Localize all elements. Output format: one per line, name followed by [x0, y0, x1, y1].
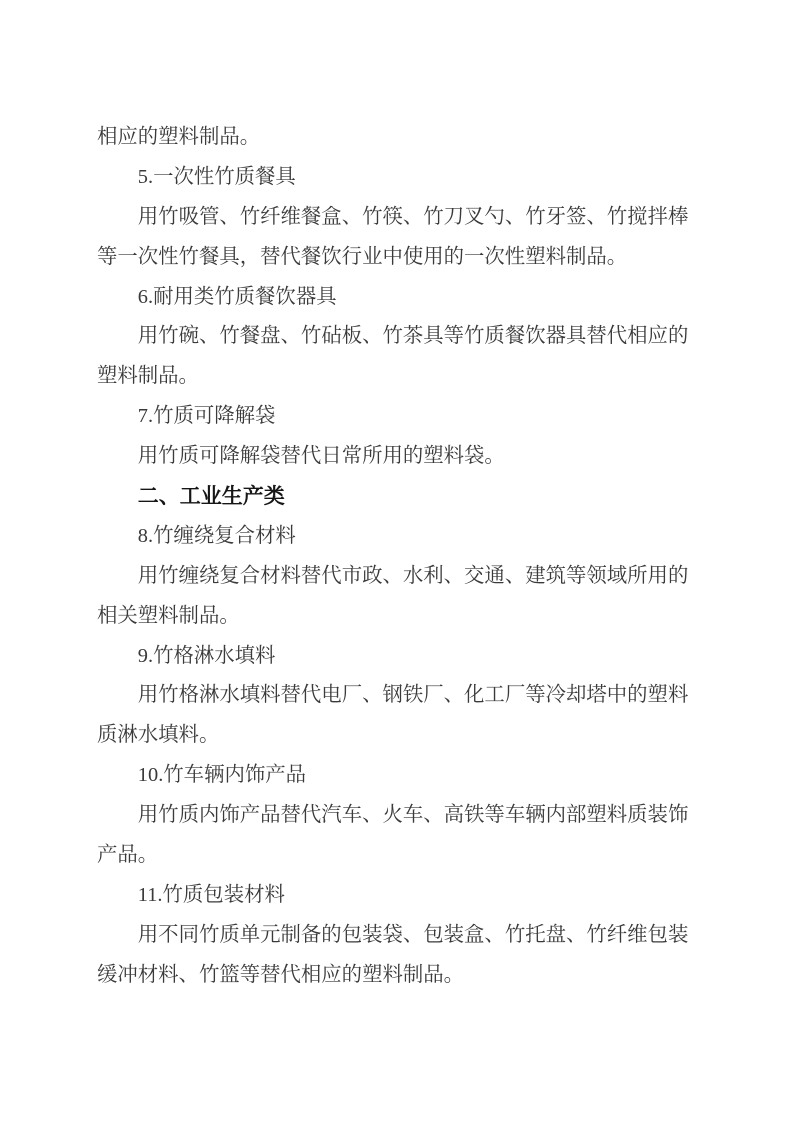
item-title-10: 10.竹车辆内饰产品	[97, 756, 693, 796]
item-title-7: 7.竹质可降解袋	[97, 397, 693, 437]
item-title-6: 6.耐用类竹质餐饮器具	[97, 278, 693, 318]
item-title-8: 8.竹缠绕复合材料	[97, 517, 693, 557]
item-title-11: 11.竹质包装材料	[97, 876, 693, 916]
text-line-paragraph: 用不同竹质单元制备的包装袋、包装盒、竹托盘、竹纤维包装	[97, 916, 693, 956]
section-heading-industrial: 二、工业生产类	[97, 477, 693, 517]
text-line-paragraph: 用竹吸管、竹纤维餐盒、竹筷、竹刀叉勺、竹牙签、竹搅拌棒	[97, 198, 693, 238]
text-line-paragraph: 用竹质可降解袋替代日常所用的塑料袋。	[97, 437, 693, 477]
text-line-continuation: 产品。	[97, 836, 693, 876]
text-line-continuation: 质淋水填料。	[97, 716, 693, 756]
text-line-continuation: 等一次性竹餐具，替代餐饮行业中使用的一次性塑料制品。	[97, 238, 693, 278]
text-line-continuation: 相应的塑料制品。	[97, 118, 693, 158]
text-line-continuation: 缓冲材料、竹篮等替代相应的塑料制品。	[97, 956, 693, 996]
text-line-continuation: 塑料制品。	[97, 357, 693, 397]
document-text-block: 相应的塑料制品。 5.一次性竹质餐具 用竹吸管、竹纤维餐盒、竹筷、竹刀叉勺、竹牙…	[97, 118, 693, 996]
text-line-paragraph: 用竹碗、竹餐盘、竹砧板、竹茶具等竹质餐饮器具替代相应的	[97, 317, 693, 357]
text-line-paragraph: 用竹缠绕复合材料替代市政、水利、交通、建筑等领域所用的	[97, 557, 693, 597]
document-page: 相应的塑料制品。 5.一次性竹质餐具 用竹吸管、竹纤维餐盒、竹筷、竹刀叉勺、竹牙…	[0, 0, 787, 1124]
text-line-paragraph: 用竹格淋水填料替代电厂、钢铁厂、化工厂等冷却塔中的塑料	[97, 676, 693, 716]
item-title-5: 5.一次性竹质餐具	[97, 158, 693, 198]
item-title-9: 9.竹格淋水填料	[97, 637, 693, 677]
text-line-paragraph: 用竹质内饰产品替代汽车、火车、高铁等车辆内部塑料质装饰	[97, 796, 693, 836]
text-line-continuation: 相关塑料制品。	[97, 597, 693, 637]
